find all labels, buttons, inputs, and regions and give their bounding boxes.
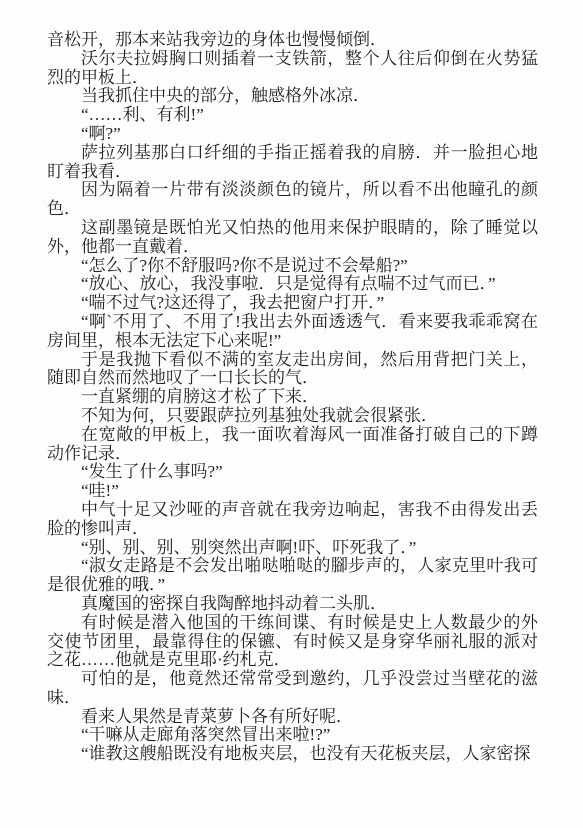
paragraph: “哇!” xyxy=(47,482,538,501)
paragraph: “喘不过气?这还得了，我去把窗户打开．” xyxy=(47,294,538,313)
paragraph: 当我抓住中央的部分，触感格外冰凉． xyxy=(47,87,538,106)
paragraph: 有时候是潜入他国的干练间谍、有时候是史上人数最少的外交使节团里，最靠得住的保镳、… xyxy=(47,614,538,670)
paragraph: 真魔国的密探自我陶醉地抖动着二头肌． xyxy=(47,595,538,614)
paragraph: 一直紧绷的肩膀这才松了下来． xyxy=(47,388,538,407)
paragraph: 沃尔夫拉姆胸口则插着一支铁箭，整个人往后仰倒在火势猛烈的甲板上． xyxy=(47,50,538,88)
paragraph: 在宽敞的甲板上，我一面吹着海风一面准备打破自己的下蹲动作记录． xyxy=(47,426,538,464)
paragraph: “放心、放心，我没事啦．只是觉得有点喘不过气而已．” xyxy=(47,275,538,294)
paragraph: 萨拉列基那白口纤细的手指正摇着我的肩膀．并一脸担心地盯着我看． xyxy=(47,144,538,182)
paragraph: 音松开，那本来站我旁边的身体也慢慢倾倒． xyxy=(47,31,538,50)
paragraph: 可怕的是，他竟然还常常受到邀约，几乎没尝过当壁花的滋味． xyxy=(47,670,538,708)
paragraph: “发生了什么事吗?” xyxy=(47,463,538,482)
book-page: 音松开，那本来站我旁边的身体也慢慢倾倒．沃尔夫拉姆胸口则插着一支铁箭，整个人往后… xyxy=(0,0,583,828)
paragraph: 不知为何，只要跟萨拉列基独处我就会很紧张． xyxy=(47,407,538,426)
paragraph: “别、别、别、别突然出声啊!吓、吓死我了．” xyxy=(47,539,538,558)
paragraph: 这副墨镜是既怕光又怕热的他用来保护眼睛的，除了睡觉以外，他都一直戴着． xyxy=(47,219,538,257)
paragraph: “啊ˋ不用了、不用了!我出去外面透透气．看来要我乖乖窝在房间里，根本无法定下心来… xyxy=(47,313,538,351)
paragraph: “淑女走路是不会发出啪哒啪哒的腳步声的，人家克里叶我可是很优雅的哦．” xyxy=(47,557,538,595)
paragraph: “啊?” xyxy=(47,125,538,144)
paragraph: 于是我抛下看似不满的室友走出房间，然后用背把门关上，随即自然而然地叹了一口长长的… xyxy=(47,351,538,389)
paragraph: 因为隔着一片带有淡淡颜色的镜片，所以看不出他瞳孔的颜色． xyxy=(47,181,538,219)
paragraph: “怎么了?你不舒服吗?你不是说过不会晕船?” xyxy=(47,257,538,276)
paragraph: 看来人果然是青菜萝卜各有所好呢． xyxy=(47,708,538,727)
page-text-block: 音松开，那本来站我旁边的身体也慢慢倾倒．沃尔夫拉姆胸口则插着一支铁箭，整个人往后… xyxy=(47,31,538,764)
paragraph: “……利、有利!” xyxy=(47,106,538,125)
paragraph: “谁教这艘船既没有地板夹层，也没有天花板夹层，人家密探 xyxy=(47,745,538,764)
paragraph: 中气十足又沙哑的声音就在我旁边响起，害我不由得发出丢脸的惨叫声． xyxy=(47,501,538,539)
paragraph: “干嘛从走廊角落突然冒出来啦!?” xyxy=(47,726,538,745)
